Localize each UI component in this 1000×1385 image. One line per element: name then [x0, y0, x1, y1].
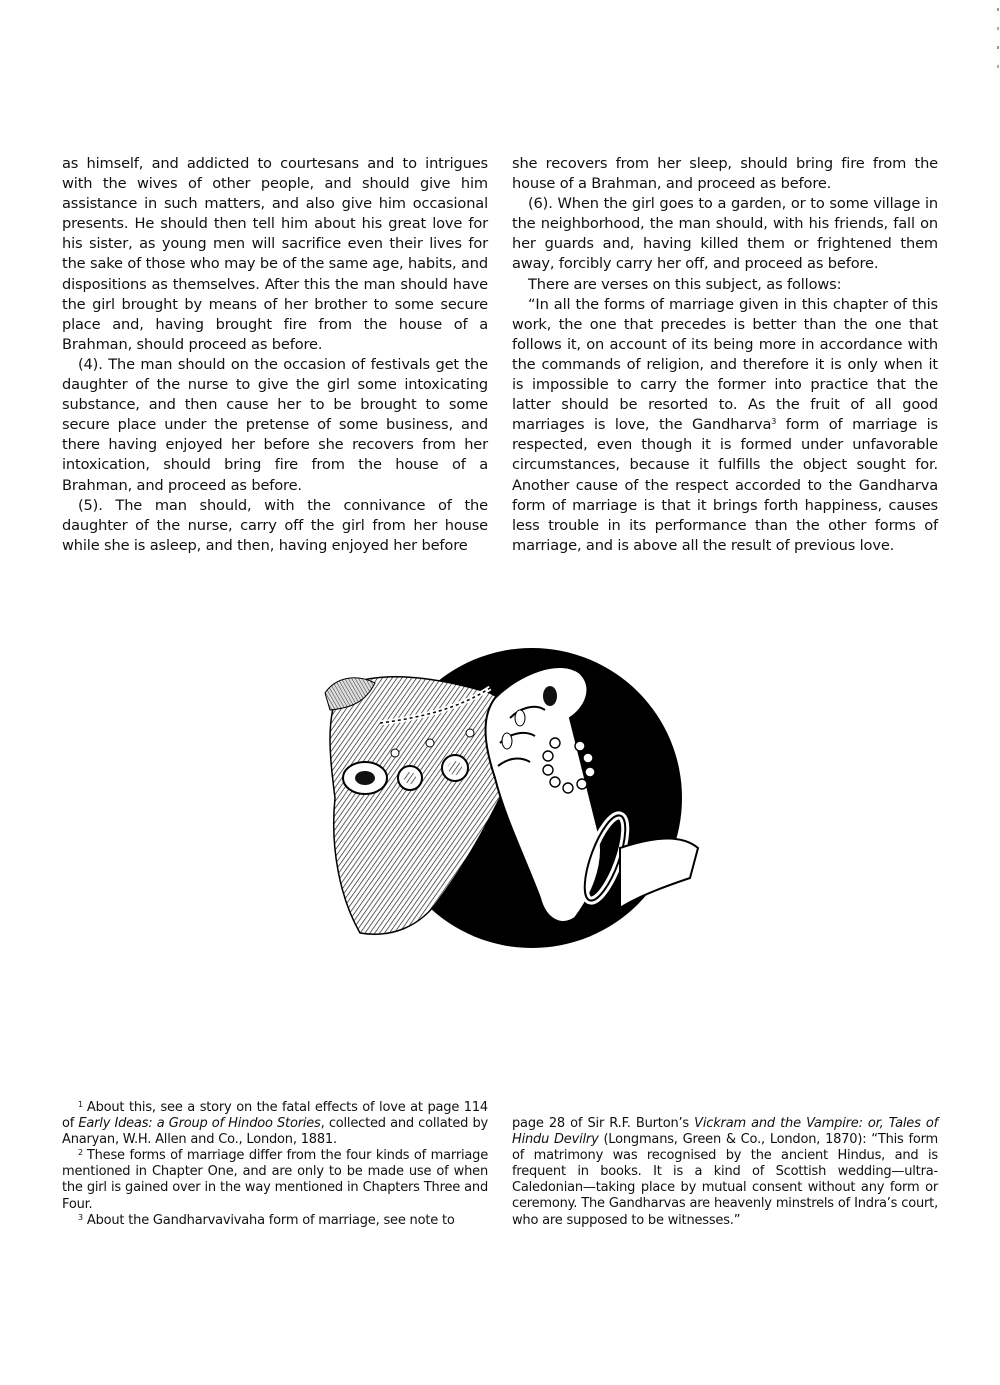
illustration-hand-ornament — [320, 648, 700, 948]
left-text-column: as himself, and addicted to courtesans a… — [62, 154, 488, 556]
paragraph-item-4: (4). The man should on the occasion of f… — [62, 355, 488, 496]
paragraph-continuation: as himself, and addicted to courtesans a… — [62, 154, 488, 355]
footnote-3-continued: page 28 of Sir R.F. Burton’s Vickram and… — [512, 1116, 938, 1229]
paragraph-verse-quote: “In all the forms of marriage given in t… — [512, 295, 938, 556]
footnote-3: 3About the Gandharvavivaha form of marri… — [62, 1213, 488, 1229]
right-text-column: she recovers from her sleep, should brin… — [512, 154, 938, 556]
footnotes-right-column: page 28 of Sir R.F. Burton’s Vickram and… — [512, 1116, 938, 1229]
paragraph-verses-intro: There are verses on this subject, as fol… — [512, 275, 938, 295]
page-edge-marks — [992, 0, 1000, 110]
book-title: Early Ideas: a Group of Hindoo Stories — [78, 1116, 320, 1131]
footnotes-left-column: 1About this, see a story on the fatal ef… — [62, 1100, 488, 1229]
footnote-1: 1About this, see a story on the fatal ef… — [62, 1100, 488, 1148]
footnote-2: 2These forms of marriage differ from the… — [62, 1148, 488, 1212]
paragraph-item-5: (5). The man should, with the connivance… — [62, 496, 488, 556]
paragraph-item-5-continued: she recovers from her sleep, should brin… — [512, 154, 938, 194]
paragraph-item-6: (6). When the girl goes to a garden, or … — [512, 194, 938, 274]
